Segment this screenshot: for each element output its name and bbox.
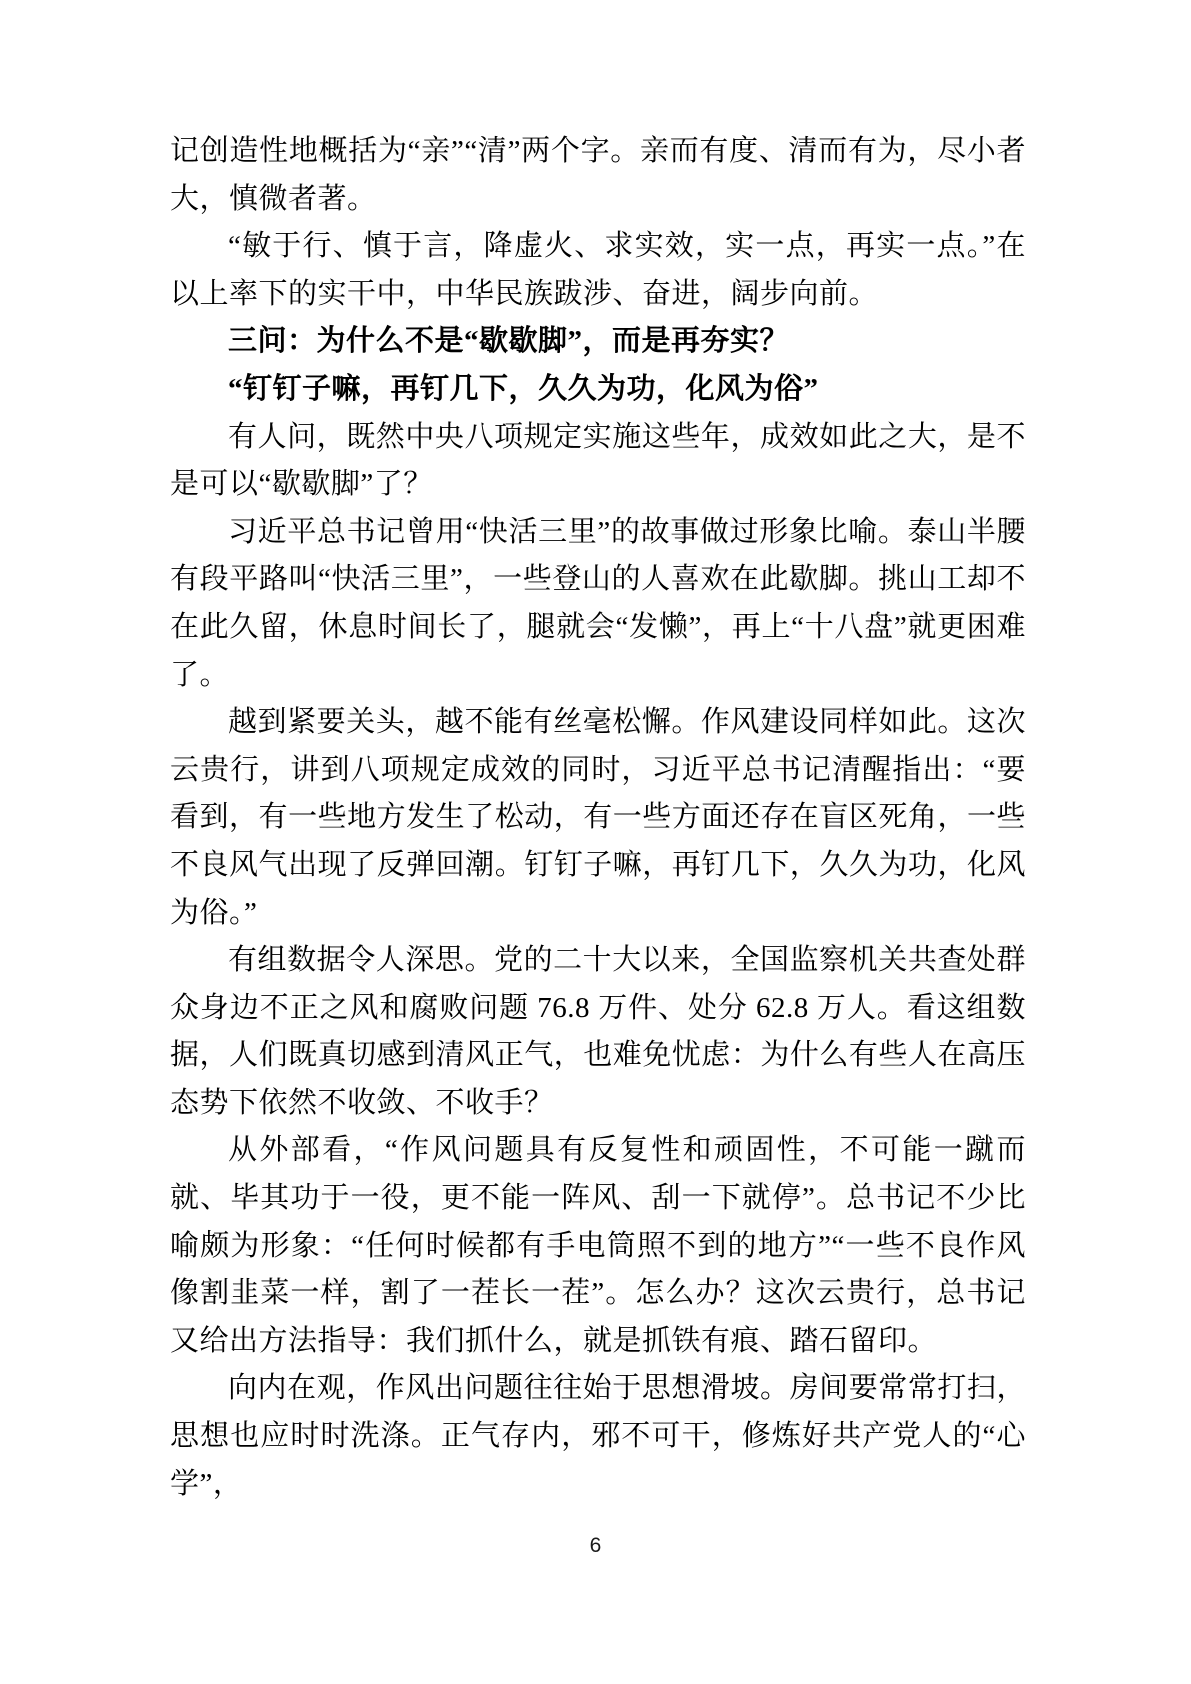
paragraph: 向内在观，作风出问题往往始于思想滑坡。房间要常常打扫，思想也应时时洗涤。正气存内… xyxy=(170,1365,1026,1508)
paragraph: 有人问，既然中央八项规定实施这些年，成效如此之大，是不是可以“歇歇脚”了？ xyxy=(170,414,1026,509)
paragraph: 记创造性地概括为“亲”“清”两个字。亲而有度、清而有为，尽小者大，慎微者著。 xyxy=(170,128,1026,223)
document-page: 记创造性地概括为“亲”“清”两个字。亲而有度、清而有为，尽小者大，慎微者著。“敏… xyxy=(0,0,1191,1684)
paragraph: 有组数据令人深思。党的二十大以来，全国监察机关共查处群众身边不正之风和腐败问题 … xyxy=(170,937,1026,1127)
paragraph: 习近平总书记曾用“快活三里”的故事做过形象比喻。泰山半腰有段平路叫“快活三里”，… xyxy=(170,509,1026,699)
page-number: 6 xyxy=(0,1532,1191,1560)
section-heading: “钉钉子嘛，再钉几下，久久为功，化风为俗” xyxy=(170,366,1026,414)
section-heading: 三问：为什么不是“歇歇脚”，而是再夯实？ xyxy=(170,318,1026,366)
paragraph: 越到紧要关头，越不能有丝毫松懈。作风建设同样如此。这次云贵行，讲到八项规定成效的… xyxy=(170,699,1026,937)
paragraph: 从外部看，“作风问题具有反复性和顽固性，不可能一蹴而就、毕其功于一役，更不能一阵… xyxy=(170,1127,1026,1365)
document-content: 记创造性地概括为“亲”“清”两个字。亲而有度、清而有为，尽小者大，慎微者著。“敏… xyxy=(170,128,1026,1508)
paragraph: “敏于行、慎于言，降虚火、求实效，实一点，再实一点。”在以上率下的实干中，中华民… xyxy=(170,223,1026,318)
